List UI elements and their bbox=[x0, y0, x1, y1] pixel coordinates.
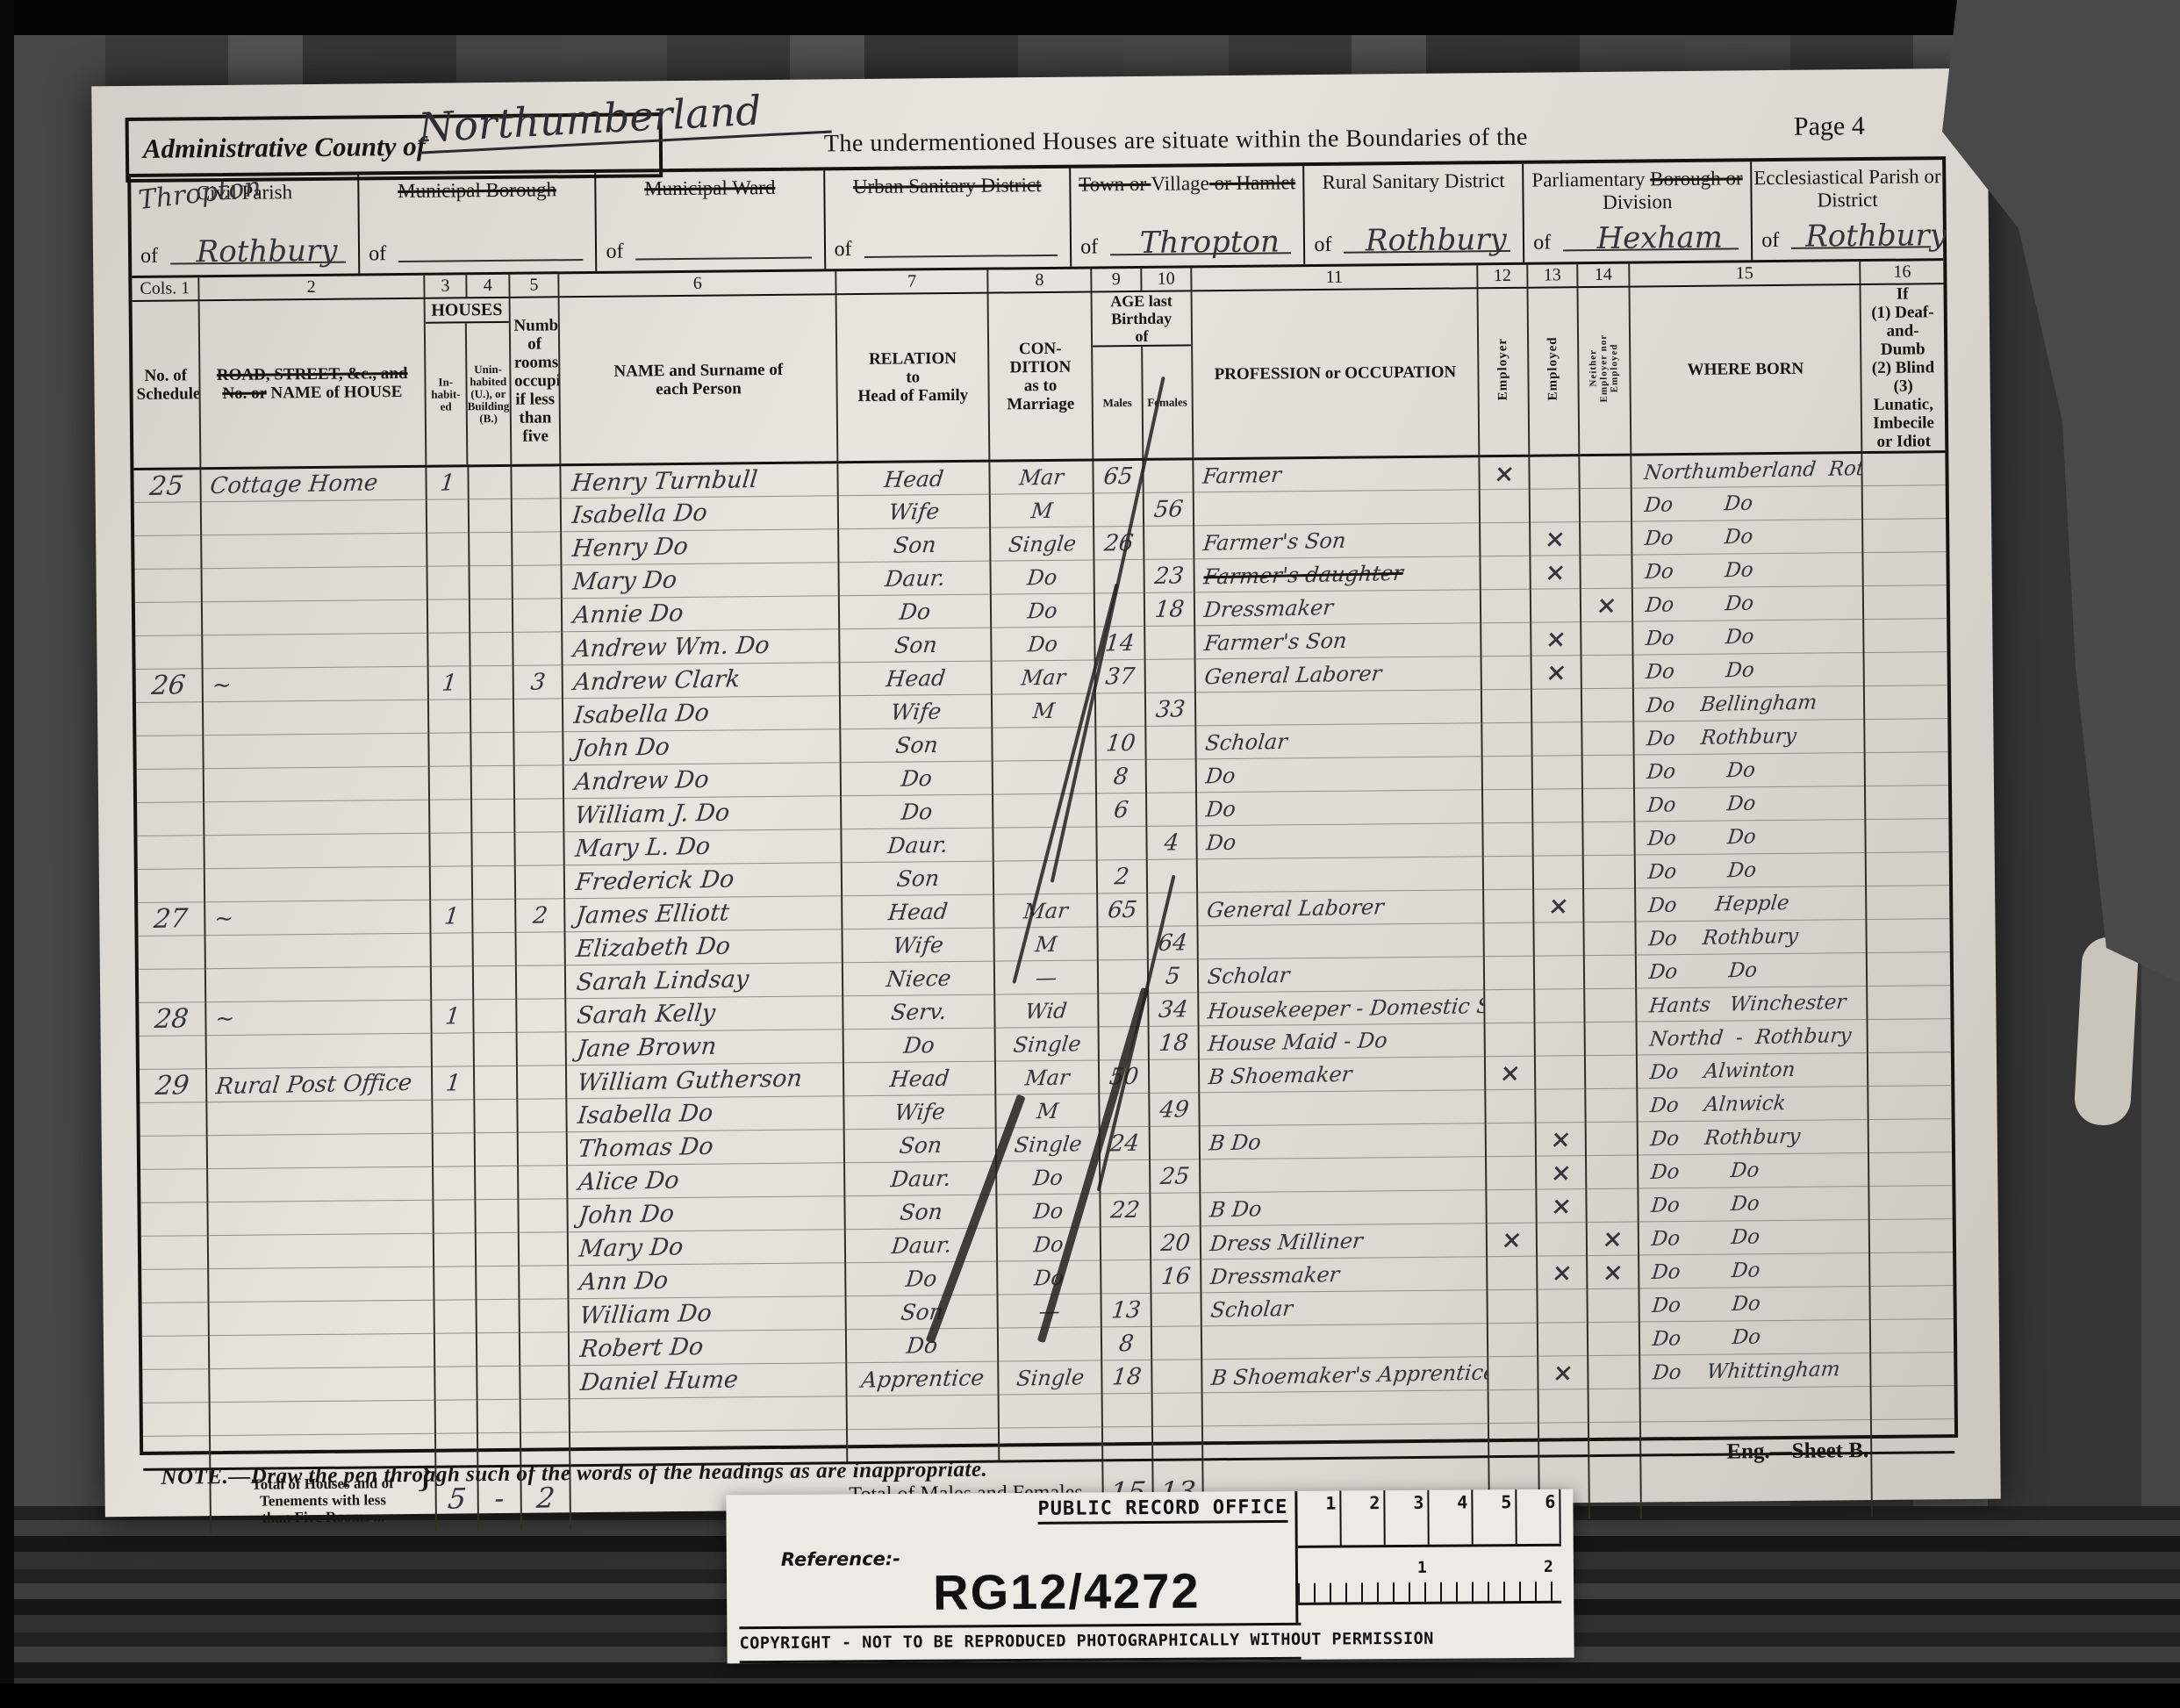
cell-house-name bbox=[208, 1233, 434, 1268]
cell-infirmities bbox=[1865, 819, 1948, 853]
header-age: AGE last Birthday of bbox=[1093, 291, 1191, 347]
cell-infirmities bbox=[1863, 619, 1947, 653]
cell-employer-mark bbox=[1488, 1356, 1538, 1390]
ruler-cm-cell: 1 bbox=[1297, 1490, 1341, 1545]
cell-employed-mark bbox=[1532, 756, 1582, 790]
cell-occupation: Farmer's Son bbox=[1194, 623, 1481, 659]
stamp-copyright-notice: COPYRIGHT - NOT TO BE REPRODUCED PHOTOGR… bbox=[739, 1623, 1301, 1663]
header-name: NAME and Surname of each Person bbox=[559, 294, 838, 465]
stamp-office-title: PUBLIC RECORD OFFICE bbox=[1037, 1496, 1287, 1525]
header-employed: Employed bbox=[1528, 287, 1580, 456]
cell-infirmities bbox=[1868, 1019, 1951, 1053]
cell-person-name: Henry Turnbull bbox=[561, 463, 838, 499]
cell-where-born: Do Do bbox=[1638, 1153, 1869, 1189]
cell-schedule-number bbox=[134, 535, 201, 570]
cell-age-male bbox=[1101, 1259, 1151, 1294]
header-neither: Neither Employer nor Employed bbox=[1577, 287, 1631, 456]
cell-employer-mark: × bbox=[1485, 1056, 1535, 1090]
cell-rooms bbox=[513, 765, 563, 800]
cell-house-name bbox=[208, 1267, 434, 1302]
cell-inhabited bbox=[427, 633, 470, 666]
cell-condition: Do bbox=[991, 627, 1094, 661]
cell-uninhabited bbox=[476, 1199, 519, 1232]
cell-rooms bbox=[520, 1399, 570, 1433]
scanned-census-page: { "page": { "admin_county_label": "Admin… bbox=[0, 0, 2180, 1708]
cell-schedule-number bbox=[140, 1169, 207, 1203]
cell-uninhabited bbox=[470, 632, 513, 665]
cell-house-name bbox=[202, 599, 427, 635]
cell-relation: Wife bbox=[843, 928, 994, 963]
cell-employed-mark bbox=[1538, 1389, 1588, 1424]
cell-inhabited bbox=[434, 1267, 477, 1300]
cell-relation: Wife bbox=[844, 1094, 996, 1130]
cell-infirmities bbox=[1862, 519, 1946, 553]
cell-neither-mark bbox=[1586, 1188, 1638, 1223]
cell-person-name: Isabella Do bbox=[567, 1096, 844, 1132]
cell-neither-mark bbox=[1584, 1022, 1636, 1056]
cell-infirmities bbox=[1870, 1286, 1954, 1320]
cell-condition bbox=[999, 1427, 1102, 1461]
cell-rooms bbox=[519, 1266, 569, 1300]
column-number-15: 15 bbox=[1629, 262, 1861, 287]
cell-rooms: 3 bbox=[513, 665, 563, 700]
cell-where-born: Hants Winchester bbox=[1636, 987, 1868, 1023]
cell-inhabited: 1 bbox=[430, 900, 473, 933]
cell-schedule-number bbox=[134, 502, 201, 536]
cell-inhabited bbox=[430, 866, 473, 900]
column-header-row: No. of Schedule ROAD, STREET, &c., and N… bbox=[133, 283, 1946, 469]
cell-occupation bbox=[1199, 1090, 1486, 1126]
cell-uninhabited bbox=[477, 1299, 520, 1332]
district-label: Municipal Borough bbox=[359, 178, 595, 204]
cell-employer-mark bbox=[1484, 922, 1534, 957]
cell-neither-mark bbox=[1581, 621, 1632, 656]
cell-neither-mark: × bbox=[1581, 588, 1632, 622]
cell-house-name bbox=[204, 933, 430, 968]
cell-age-female bbox=[1151, 1326, 1201, 1360]
cell-where-born: Northumberland Rothbury bbox=[1631, 453, 1862, 489]
cell-infirmities bbox=[1864, 719, 1947, 753]
cell-employer-mark bbox=[1481, 722, 1531, 757]
cell-employer-mark bbox=[1484, 956, 1534, 990]
cell-uninhabited bbox=[473, 965, 516, 999]
column-number-5: 5 bbox=[509, 274, 559, 298]
column-number-1: Cols. 1 bbox=[132, 277, 198, 301]
cell-uninhabited bbox=[475, 1166, 518, 1199]
cell-infirmities bbox=[1871, 1419, 1954, 1453]
district-box-5: Rural Sanitary DistrictofRothbury bbox=[1305, 164, 1525, 264]
photo-border-left bbox=[0, 0, 14, 1708]
cell-employer-mark bbox=[1481, 689, 1531, 723]
district-label: Parliamentary Borough or Division bbox=[1524, 167, 1751, 214]
cell-rooms bbox=[517, 1066, 567, 1100]
cell-rooms bbox=[516, 999, 566, 1033]
cell-employed-mark bbox=[1531, 722, 1581, 757]
cell-age-male: 26 bbox=[1094, 526, 1144, 560]
cell-relation: Apprentice bbox=[847, 1361, 999, 1396]
cell-employer-mark bbox=[1482, 756, 1532, 790]
cell-inhabited bbox=[429, 800, 472, 833]
cell-age-male: 8 bbox=[1096, 759, 1146, 793]
cell-where-born: Do Alnwick bbox=[1637, 1087, 1868, 1123]
cell-age-female: 25 bbox=[1150, 1159, 1200, 1194]
cell-employer-mark bbox=[1485, 1023, 1535, 1057]
cell-occupation: Do bbox=[1195, 757, 1482, 793]
cell-neither-mark: × bbox=[1587, 1222, 1639, 1256]
cell-inhabited: 1 bbox=[426, 466, 469, 499]
cell-employer-mark bbox=[1488, 1423, 1538, 1457]
header-occupation: PROFESSION or OCCUPATION bbox=[1191, 288, 1479, 459]
cell-age-female bbox=[1147, 893, 1197, 927]
cell-employed-mark bbox=[1534, 956, 1584, 990]
district-label: Municipal Ward bbox=[597, 176, 823, 200]
cell-employed-mark bbox=[1530, 489, 1580, 523]
cell-inhabited bbox=[432, 1133, 475, 1166]
cell-age-female: 49 bbox=[1149, 1093, 1199, 1127]
cell-relation: Son bbox=[844, 1128, 996, 1163]
cell-neither-mark bbox=[1581, 688, 1633, 722]
cell-condition: Mar bbox=[989, 460, 1093, 494]
cell-age-female bbox=[1150, 1193, 1200, 1227]
cell-age-female: 18 bbox=[1144, 592, 1194, 627]
cell-schedule-number bbox=[140, 1202, 207, 1237]
cell-schedule-number bbox=[137, 802, 204, 836]
cell-employer-mark bbox=[1488, 1289, 1538, 1324]
cell-age-male bbox=[1100, 1159, 1150, 1194]
cell-neither-mark bbox=[1585, 1055, 1637, 1089]
boundaries-heading: The undermentioned Houses are situate wi… bbox=[759, 123, 1593, 159]
district-fill-line bbox=[864, 255, 1058, 258]
cell-where-born: Do Rothbury bbox=[1633, 720, 1865, 756]
header-age-group: AGE last Birthday of Males Females bbox=[1092, 291, 1194, 460]
district-of-label: of bbox=[369, 242, 386, 266]
ruler-inch-scale: 12 bbox=[1298, 1547, 1561, 1605]
cell-uninhabited bbox=[474, 1032, 517, 1066]
cell-occupation bbox=[1193, 490, 1480, 526]
cell-rooms bbox=[514, 865, 564, 900]
cell-uninhabited bbox=[469, 499, 512, 532]
cell-rooms bbox=[516, 1032, 566, 1066]
cell-occupation: Farmer's Son bbox=[1194, 523, 1481, 559]
cell-condition: Mar bbox=[992, 660, 1095, 694]
cell-occupation: Farmer's daughter bbox=[1194, 556, 1481, 592]
cell-condition: — bbox=[994, 960, 1098, 994]
cell-inhabited bbox=[428, 766, 471, 800]
cell-age-female: 4 bbox=[1146, 826, 1196, 860]
cell-employed-mark: × bbox=[1533, 889, 1583, 923]
cell-employer-mark bbox=[1488, 1389, 1538, 1424]
cell-employed-mark: × bbox=[1530, 522, 1580, 556]
stamp-reference-label: Reference:- bbox=[781, 1548, 900, 1570]
cell-schedule-number bbox=[143, 1403, 210, 1437]
cell-age-female bbox=[1151, 1293, 1201, 1327]
cell-person-name: Ann Do bbox=[569, 1263, 846, 1299]
cell-rooms bbox=[512, 599, 562, 633]
cell-inhabited bbox=[428, 733, 471, 766]
cell-uninhabited bbox=[475, 1099, 518, 1132]
cell-uninhabited bbox=[471, 799, 514, 832]
cell-relation: Wife bbox=[840, 694, 992, 729]
cell-neither-mark bbox=[1580, 521, 1631, 556]
cell-age-male: 18 bbox=[1101, 1360, 1151, 1394]
cell-schedule-number bbox=[140, 1036, 206, 1070]
cell-employer-mark bbox=[1485, 1089, 1535, 1123]
cell-employed-mark: × bbox=[1536, 1123, 1586, 1157]
adjacent-page-edge bbox=[2073, 936, 2139, 1126]
ruler-cm-cell: 4 bbox=[1429, 1489, 1473, 1544]
public-record-office-stamp: PUBLIC RECORD OFFICE Reference:- RG12/42… bbox=[726, 1489, 1574, 1664]
cell-schedule-number bbox=[140, 1102, 206, 1137]
cell-age-male: 37 bbox=[1095, 659, 1145, 693]
cell-age-male bbox=[1096, 826, 1146, 860]
cell-schedule-number bbox=[135, 602, 202, 636]
district-handwritten-value bbox=[878, 262, 1062, 263]
district-handwritten-value: Rothbury bbox=[184, 233, 349, 270]
district-handwritten-value: Rothbury bbox=[1805, 218, 1934, 254]
column-number-3: 3 bbox=[424, 275, 467, 298]
cell-inhabited bbox=[433, 1200, 476, 1233]
cell-occupation bbox=[1201, 1324, 1488, 1360]
column-number-14: 14 bbox=[1577, 264, 1629, 288]
ruler-cm-cell: 2 bbox=[1341, 1490, 1385, 1545]
cell-neither-mark bbox=[1584, 955, 1636, 989]
cell-person-name: William J. Do bbox=[564, 796, 842, 832]
cell-house-name: ~ bbox=[202, 666, 427, 701]
cell-person-name: Thomas Do bbox=[567, 1130, 844, 1166]
cell-where-born: Do Do bbox=[1638, 1187, 1869, 1223]
cell-rooms bbox=[513, 732, 563, 766]
district-box-3: Urban Sanitary Districtof bbox=[825, 169, 1072, 269]
district-label: Rural Sanitary District bbox=[1305, 169, 1523, 194]
cell-relation bbox=[847, 1395, 999, 1430]
cell-occupation: Do bbox=[1196, 823, 1483, 859]
cell-person-name: Elizabeth Do bbox=[565, 929, 843, 965]
cell-age-female: 56 bbox=[1144, 492, 1194, 527]
cell-age-female bbox=[1144, 626, 1194, 660]
cell-infirmities bbox=[1867, 919, 1950, 953]
cell-uninhabited bbox=[477, 1399, 520, 1432]
cell-employed-mark bbox=[1533, 856, 1583, 890]
cell-where-born: Do Do bbox=[1631, 486, 1863, 522]
cell-inhabited bbox=[434, 1367, 477, 1400]
cell-age-female bbox=[1146, 793, 1196, 827]
column-number-10: 10 bbox=[1141, 268, 1191, 291]
column-number-4: 4 bbox=[466, 275, 509, 298]
cell-infirmities bbox=[1864, 685, 1947, 720]
cell-employer-mark: × bbox=[1487, 1223, 1537, 1257]
cell-occupation bbox=[1201, 1390, 1488, 1426]
cell-infirmities bbox=[1866, 886, 1949, 920]
cell-age-male: 65 bbox=[1097, 893, 1147, 927]
cell-uninhabited bbox=[470, 699, 513, 732]
cell-uninhabited bbox=[472, 832, 515, 865]
cell-neither-mark bbox=[1585, 1088, 1637, 1123]
cell-inhabited bbox=[427, 499, 470, 533]
cell-uninhabited bbox=[477, 1332, 520, 1366]
cell-condition: Do bbox=[997, 1260, 1101, 1295]
cell-house-name bbox=[201, 566, 427, 601]
cell-where-born: Do Do bbox=[1639, 1253, 1870, 1289]
header-rooms: Number of rooms occupied if less than fi… bbox=[509, 297, 561, 465]
cell-employer-mark bbox=[1481, 589, 1531, 623]
ruler-cm-cell: 3 bbox=[1385, 1490, 1429, 1545]
cell-where-born: Do Do bbox=[1632, 620, 1864, 656]
cell-employed-mark bbox=[1529, 456, 1579, 490]
cell-where-born: Do Rothbury bbox=[1635, 920, 1867, 956]
cell-schedule-number bbox=[142, 1369, 209, 1403]
cell-person-name: Mary Do bbox=[568, 1230, 845, 1266]
cell-rooms bbox=[518, 1199, 568, 1233]
cell-condition bbox=[993, 760, 1096, 794]
cell-employer-mark bbox=[1482, 789, 1532, 823]
cell-employer-mark bbox=[1488, 1323, 1538, 1357]
cell-person-name: John Do bbox=[568, 1196, 845, 1232]
cell-neither-mark bbox=[1583, 922, 1635, 956]
cell-age-female bbox=[1144, 659, 1194, 693]
header-houses-group: HOUSES In- habit- ed Unin- habited (U.),… bbox=[424, 298, 511, 466]
cell-rooms: 2 bbox=[515, 899, 565, 933]
cell-house-name bbox=[203, 733, 428, 768]
cell-age-female: 23 bbox=[1144, 559, 1194, 593]
cell-occupation: Do bbox=[1196, 790, 1483, 826]
cell-employed-mark bbox=[1538, 1323, 1588, 1357]
cell-inhabited bbox=[427, 533, 470, 566]
cell-neither-mark bbox=[1580, 555, 1631, 589]
cell-inhabited bbox=[432, 1100, 475, 1133]
cell-infirmities bbox=[1865, 786, 1948, 820]
cell-employer-mark bbox=[1487, 1256, 1537, 1290]
cell-occupation: B Shoemaker bbox=[1199, 1057, 1486, 1093]
cell-employed-mark bbox=[1534, 922, 1584, 957]
header-where-born: WHERE BORN bbox=[1629, 284, 1861, 455]
cell-uninhabited bbox=[476, 1266, 519, 1299]
cell-where-born: Do Do bbox=[1631, 553, 1863, 589]
cell-condition: M bbox=[990, 493, 1094, 527]
district-label: Ecclesiastical Parish or District bbox=[1752, 165, 1942, 212]
cell-relation: Serv. bbox=[843, 994, 995, 1030]
cell-age-female bbox=[1152, 1426, 1202, 1460]
cell-age-female: 16 bbox=[1151, 1259, 1201, 1294]
cell-age-male bbox=[1102, 1426, 1152, 1460]
cell-where-born: Do Do bbox=[1639, 1320, 1871, 1356]
district-of-label: of bbox=[834, 238, 851, 262]
cell-where-born: Do Do bbox=[1632, 586, 1864, 622]
district-box-4: Town or Village or HamletofThropton bbox=[1071, 166, 1305, 267]
cell-employer-mark bbox=[1483, 822, 1533, 857]
column-number-13: 13 bbox=[1527, 264, 1577, 288]
district-of-label: of bbox=[1761, 229, 1779, 253]
sheet-label: Eng.—Sheet B. bbox=[1726, 1439, 1868, 1465]
cell-occupation: General Laborer bbox=[1194, 657, 1481, 693]
cell-rooms bbox=[512, 532, 562, 566]
cell-infirmities bbox=[1867, 952, 1950, 987]
cell-employer-mark bbox=[1487, 1189, 1537, 1224]
header-inhabited: In- habit- ed bbox=[426, 323, 467, 464]
cell-age-female bbox=[1143, 459, 1193, 493]
district-handwritten-value: Hexham bbox=[1577, 219, 1742, 256]
cell-inhabited bbox=[433, 1166, 476, 1200]
cell-person-name bbox=[570, 1396, 847, 1432]
cell-occupation bbox=[1195, 690, 1482, 726]
cell-rooms bbox=[518, 1166, 568, 1200]
cell-employer-mark bbox=[1481, 656, 1531, 690]
cell-inhabited bbox=[430, 933, 473, 966]
cell-inhabited: 1 bbox=[432, 1066, 475, 1100]
cell-neither-mark bbox=[1582, 788, 1634, 822]
cell-schedule-number: 26 bbox=[136, 669, 203, 703]
cell-schedule-number bbox=[135, 635, 202, 670]
cell-uninhabited bbox=[476, 1232, 519, 1266]
district-handwritten-value: Rothbury bbox=[1358, 222, 1514, 259]
district-fill-line bbox=[398, 259, 583, 262]
cell-relation: Do bbox=[841, 761, 993, 796]
cell-condition: Do bbox=[991, 593, 1094, 628]
cell-age-female: 33 bbox=[1145, 693, 1195, 727]
cell-condition: M bbox=[994, 927, 1098, 961]
cell-rooms bbox=[511, 465, 561, 499]
cell-house-name: ~ bbox=[204, 900, 430, 935]
cell-employed-mark bbox=[1535, 1089, 1585, 1123]
cell-rooms bbox=[511, 499, 561, 533]
cell-age-male: 6 bbox=[1096, 793, 1146, 827]
cell-person-name: John Do bbox=[563, 729, 841, 765]
cell-schedule-number bbox=[141, 1269, 208, 1303]
cell-where-born: Do Do bbox=[1632, 653, 1864, 689]
cell-inhabited bbox=[434, 1300, 477, 1333]
header-age-males: Males bbox=[1093, 347, 1142, 459]
cell-person-name: Henry Do bbox=[562, 529, 839, 565]
cell-rooms bbox=[515, 965, 565, 1000]
census-sheet: Administrative County of Northumberland … bbox=[91, 68, 2001, 1518]
cell-person-name: Mary Do bbox=[562, 563, 839, 599]
cell-house-name bbox=[208, 1300, 434, 1335]
cell-relation: Head bbox=[840, 661, 992, 696]
photo-border-top bbox=[0, 0, 2180, 35]
cell-neither-mark bbox=[1586, 1155, 1638, 1189]
cell-house-name bbox=[209, 1333, 434, 1368]
cell-condition: Mar bbox=[995, 1060, 1099, 1094]
cell-uninhabited bbox=[473, 932, 516, 965]
cell-where-born bbox=[1639, 1387, 1871, 1423]
cell-neither-mark bbox=[1583, 855, 1635, 889]
cell-age-female: 5 bbox=[1148, 959, 1198, 994]
cell-infirmities bbox=[1870, 1319, 1954, 1353]
district-of-label: of bbox=[1314, 233, 1331, 257]
cell-infirmities bbox=[1868, 1119, 1952, 1153]
cell-rooms bbox=[520, 1332, 570, 1367]
cell-person-name: William Do bbox=[569, 1296, 846, 1332]
column-number-2: 2 bbox=[198, 276, 424, 300]
column-number-11: 11 bbox=[1191, 265, 1478, 291]
cell-employer-mark bbox=[1480, 489, 1530, 523]
cell-neither-mark bbox=[1580, 488, 1631, 522]
header-schedule: No. of Schedule bbox=[133, 300, 201, 469]
cell-rooms bbox=[515, 932, 565, 966]
cell-uninhabited bbox=[470, 565, 513, 599]
cell-where-born: Do Do bbox=[1635, 853, 1867, 889]
cell-age-male: 22 bbox=[1100, 1193, 1150, 1227]
cell-employer-mark bbox=[1481, 622, 1531, 657]
cell-rooms bbox=[519, 1299, 569, 1333]
cell-house-name bbox=[207, 1200, 433, 1235]
cell-neither-mark bbox=[1587, 1288, 1639, 1323]
administrative-county-label: Administrative County of bbox=[143, 131, 426, 165]
cell-employed-mark: × bbox=[1536, 1189, 1586, 1224]
cell-house-name bbox=[206, 1100, 432, 1135]
cell-house-name bbox=[201, 533, 427, 568]
cell-condition: Single bbox=[990, 527, 1094, 561]
cell-employer-mark bbox=[1486, 1123, 1536, 1157]
